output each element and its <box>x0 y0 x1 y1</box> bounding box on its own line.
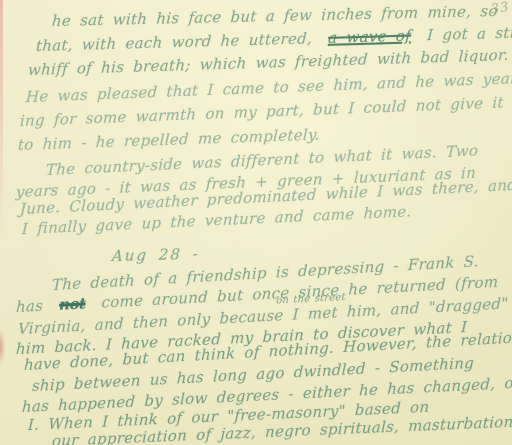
entry-date-heading: Aug 28 - <box>111 245 200 265</box>
diary-page: 33 he sat with his face but a few inches… <box>0 0 512 445</box>
line-13-text-pre: has <box>16 297 44 316</box>
red-ink-smudge <box>0 328 5 366</box>
crossed-out-word: not <box>59 294 86 313</box>
paper-edge-tint <box>0 0 3 240</box>
line-2-text-post: I got a strong <box>427 23 512 44</box>
line-2-text-pre: that, with each word he uttered, <box>35 29 312 55</box>
crossed-out-text: a wave of <box>328 27 412 47</box>
